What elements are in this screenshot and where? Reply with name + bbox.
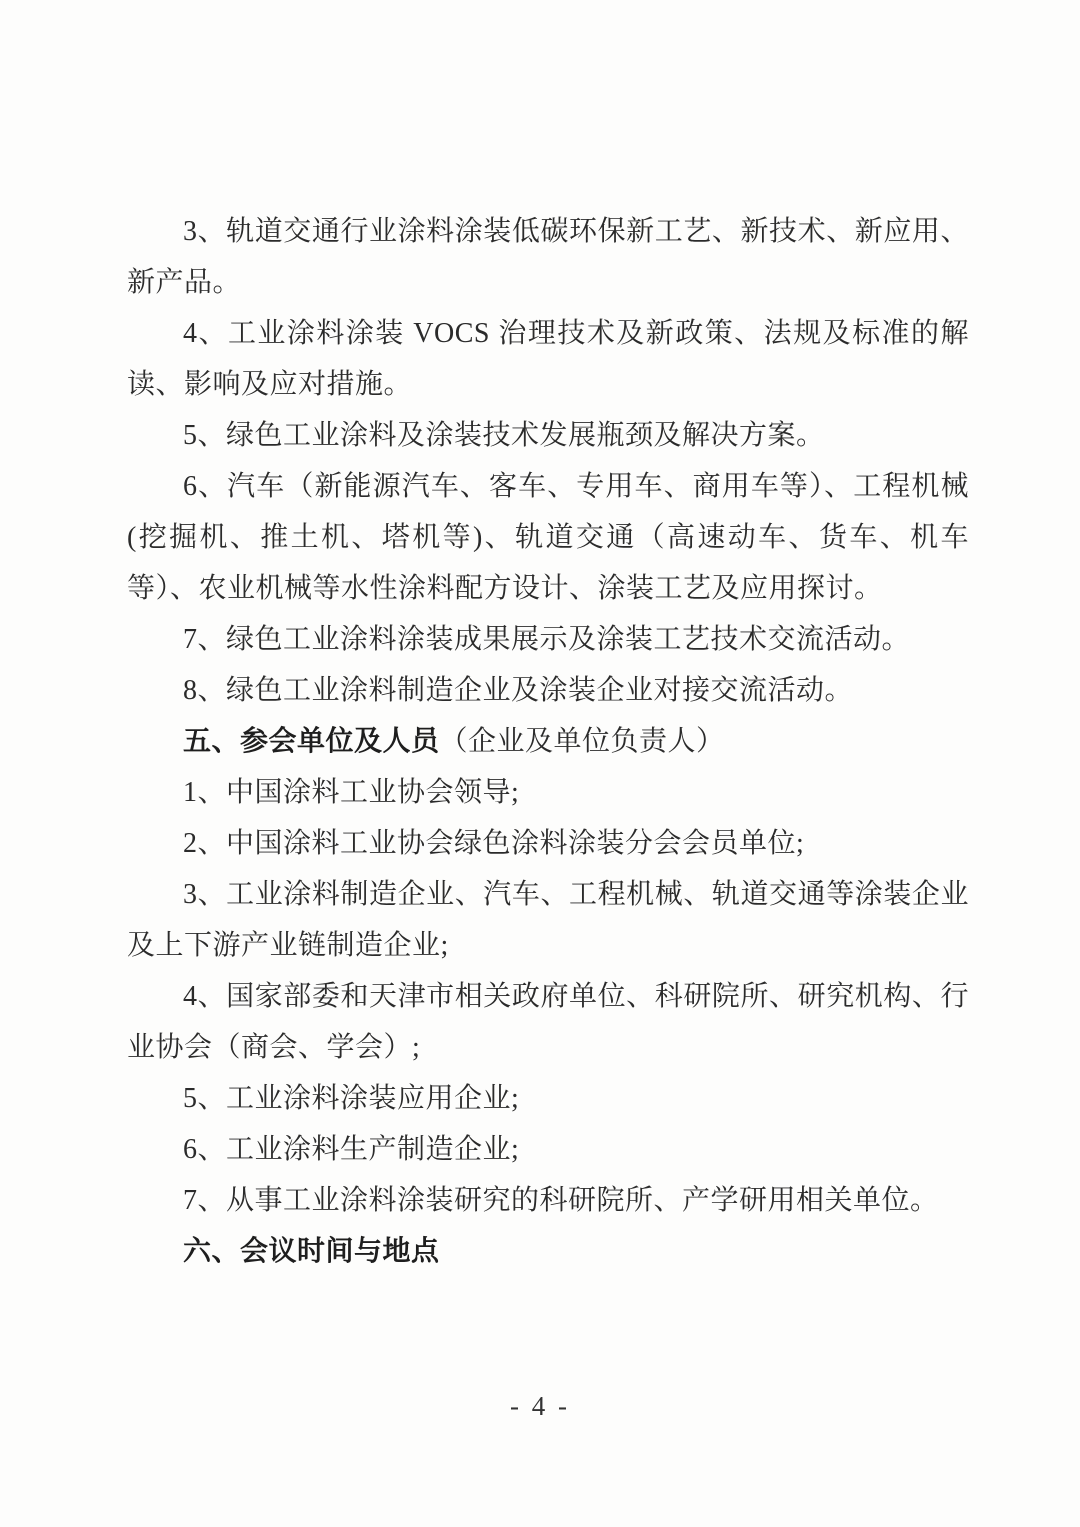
agenda-item-5: 5、绿色工业涂料及涂装技术发展瓶颈及解决方案。	[127, 410, 969, 461]
section-heading-participants: 五、参会单位及人员（企业及单位负责人）	[127, 716, 969, 767]
agenda-item-7: 7、绿色工业涂料涂装成果展示及涂装工艺技术交流活动。	[127, 614, 969, 665]
page-number: - 4 -	[0, 1386, 1080, 1426]
attendee-item-2: 2、中国涂料工业协会绿色涂料涂装分会会员单位;	[127, 818, 969, 869]
agenda-item-4: 4、工业涂料涂装 VOCS 治理技术及新政策、法规及标准的解读、影响及应对措施。	[127, 308, 969, 410]
attendee-item-1: 1、中国涂料工业协会领导;	[127, 767, 969, 818]
document-body: 3、轨道交通行业涂料涂装低碳环保新工艺、新技术、新应用、新产品。 4、工业涂料涂…	[127, 206, 969, 1277]
agenda-item-3: 3、轨道交通行业涂料涂装低碳环保新工艺、新技术、新应用、新产品。	[127, 206, 969, 308]
agenda-item-6: 6、汽车（新能源汽车、客车、专用车、商用车等）、工程机械(挖掘机、推土机、塔机等…	[127, 461, 969, 614]
document-page: 3、轨道交通行业涂料涂装低碳环保新工艺、新技术、新应用、新产品。 4、工业涂料涂…	[0, 0, 1080, 1527]
attendee-item-4: 4、国家部委和天津市相关政府单位、科研院所、研究机构、行业协会（商会、学会）;	[127, 971, 969, 1073]
attendee-item-3: 3、工业涂料制造企业、汽车、工程机械、轨道交通等涂装企业及上下游产业链制造企业;	[127, 869, 969, 971]
agenda-item-8: 8、绿色工业涂料制造企业及涂装企业对接交流活动。	[127, 665, 969, 716]
section-heading-participants-title: 五、参会单位及人员	[183, 726, 440, 757]
attendee-item-6: 6、工业涂料生产制造企业;	[127, 1124, 969, 1175]
section-heading-participants-note: （企业及单位负责人）	[440, 726, 725, 757]
attendee-item-7: 7、从事工业涂料涂装研究的科研院所、产学研用相关单位。	[127, 1175, 969, 1226]
section-heading-time-place: 六、会议时间与地点	[127, 1226, 969, 1277]
attendee-item-5: 5、工业涂料涂装应用企业;	[127, 1073, 969, 1124]
